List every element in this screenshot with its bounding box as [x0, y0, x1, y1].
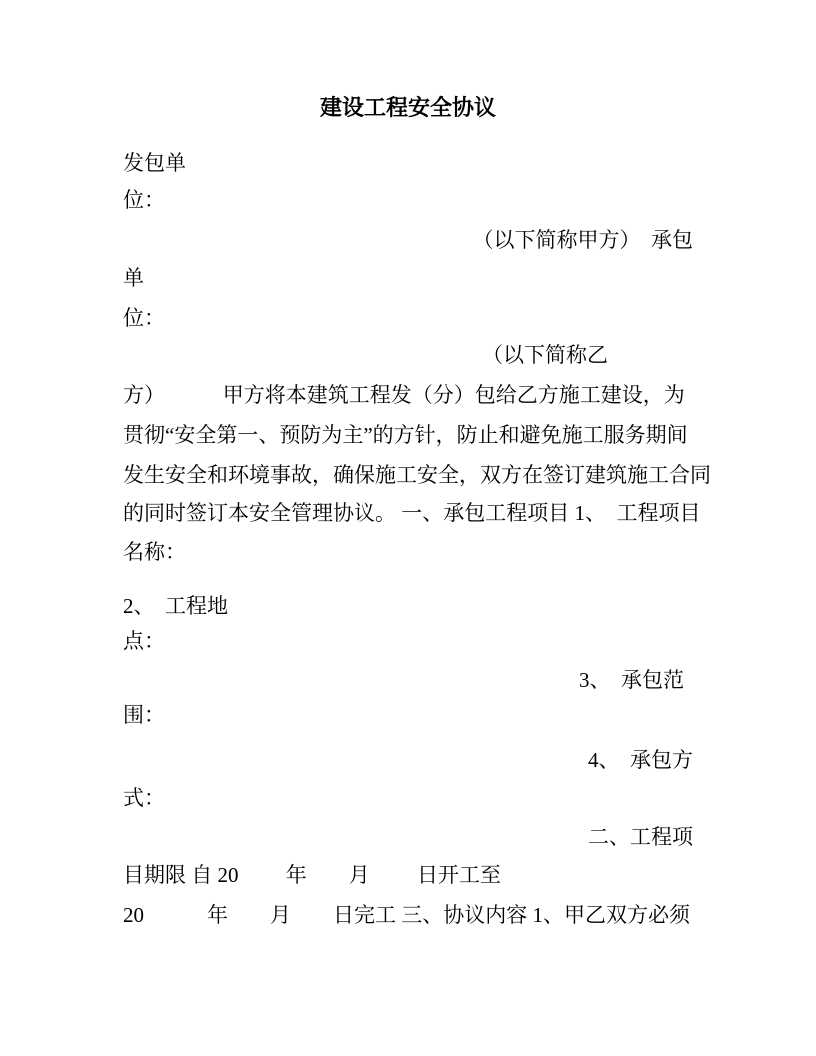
text-line: 2、 工程地: [123, 586, 693, 626]
text-line: 点：: [123, 621, 693, 661]
text-line: （以下简称乙: [123, 335, 693, 375]
text-line: （以下简称甲方） 承包: [123, 220, 693, 260]
document-page: 建设工程安全协议 发包单 位： （以下简称甲方） 承包 单 位： （以下简称乙 …: [0, 0, 816, 1056]
text-line: 单: [123, 258, 693, 298]
text-line: 目期限 自 20 年 月 日开工至: [123, 855, 693, 895]
text-line: 发包单: [123, 143, 693, 183]
text-line: 位：: [123, 298, 693, 338]
text-line: 方） 甲方将本建筑工程发（分）包给乙方施工建设，为: [123, 375, 693, 415]
text-line: 二、工程项: [123, 817, 693, 857]
text-line: 发生安全和环境事故，确保施工安全，双方在签订建筑施工合同: [123, 455, 693, 495]
text-line: 位：: [123, 180, 693, 220]
text-line: 20 年 月 日完工 三、协议内容 1、甲乙双方必须: [123, 895, 693, 935]
text-line: 4、 承包方: [123, 740, 693, 780]
document-title: 建设工程安全协议: [123, 88, 693, 128]
text-line: 3、 承包范: [123, 660, 693, 700]
text-line: 围：: [123, 695, 693, 735]
text-line: 式：: [123, 778, 693, 818]
text-line: 贯彻“安全第一、预防为主”的方针，防止和避免施工服务期间: [123, 415, 693, 455]
text-line: 名称：: [123, 532, 693, 572]
text-line: 的同时签订本安全管理协议。 一、承包工程项目 1、 工程项目: [123, 493, 693, 533]
